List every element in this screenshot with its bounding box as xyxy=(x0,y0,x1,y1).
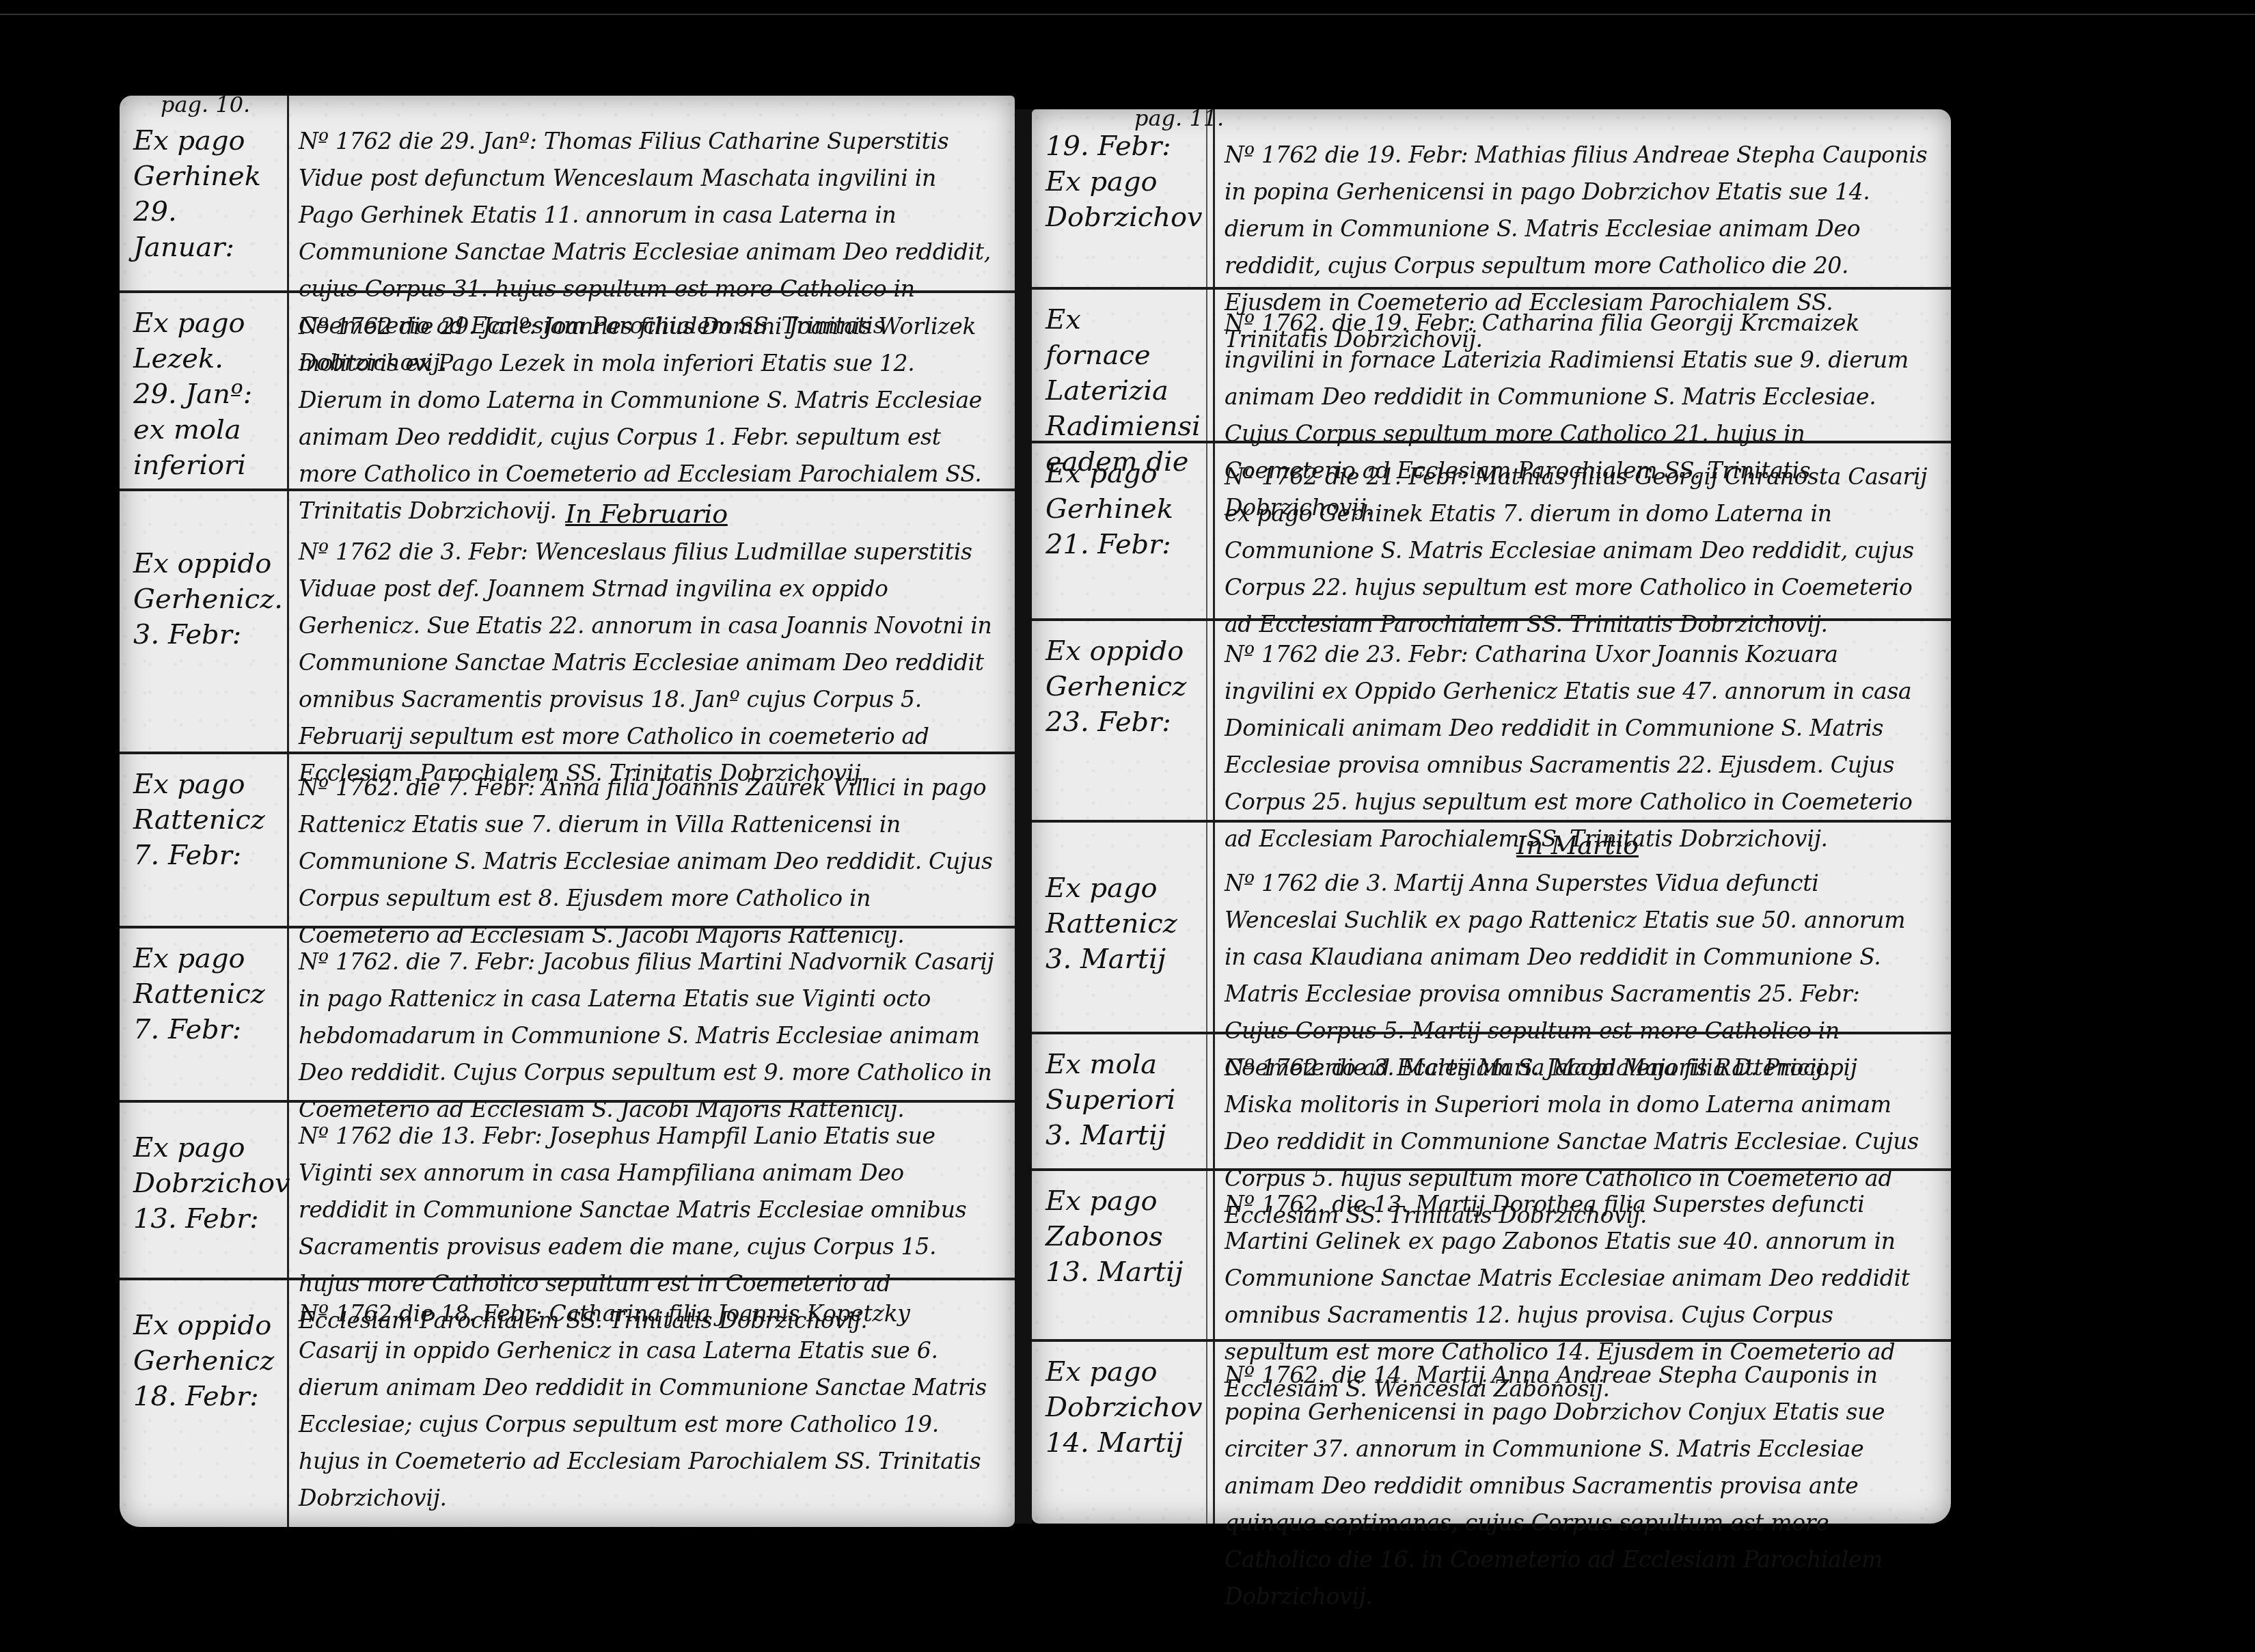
register-entry: Ex pago Zabonos 13. Martij Nº 1762. die … xyxy=(1032,1168,1951,1345)
book-gutter xyxy=(1015,109,1032,1524)
register-entry: Ex pago Rattenicz 3. Martij In Martio Nº… xyxy=(1032,820,1951,1041)
place-line: Ex mola xyxy=(1045,1047,1192,1082)
place-line: 13. Martij xyxy=(1045,1254,1192,1290)
entry-place: Ex oppido Gerhenicz. 3. Febr: xyxy=(133,546,280,652)
place-line: 14. Martij xyxy=(1045,1425,1192,1461)
place-line: Gerhinek xyxy=(1045,491,1192,527)
entry-place: Ex oppido Gerhenicz 18. Febr: xyxy=(133,1308,280,1414)
left-page: pag. 10. Ex pago Gerhinek 29. Januar: Nº… xyxy=(120,96,1015,1527)
entry-place: Ex pago Dobrzichov 13. Febr: xyxy=(133,1130,280,1237)
entry-place: Ex pago Rattenicz 7. Febr: xyxy=(133,941,280,1047)
place-line: 29. Januar: xyxy=(133,194,280,265)
register-entry: Ex pago Lezek. 29. Janº: ex mola inferio… xyxy=(120,290,1015,488)
place-line: 3. Martij xyxy=(1045,1118,1192,1153)
place-line: Dobrzichov xyxy=(1045,1390,1192,1425)
place-line: Gerhenicz xyxy=(1045,669,1192,704)
place-line: Ex pago xyxy=(133,305,280,341)
scan-border-line xyxy=(0,14,2255,15)
place-line: 7. Febr: xyxy=(133,1012,280,1047)
entry-text: Nº 1762 die 18. Febr: Catharina filia Jo… xyxy=(299,1295,994,1517)
entry-place: Ex pago Dobrzichov 14. Martij xyxy=(1045,1354,1192,1461)
register-entry: Ex oppido Gerhenicz. 3. Febr: In Februar… xyxy=(120,488,1015,754)
register-entry: Ex pago Gerhinek 29. Januar: Nº 1762 die… xyxy=(120,96,1015,284)
register-entry: Ex pago Rattenicz 7. Febr: Nº 1762. die … xyxy=(120,926,1015,1103)
place-line: Laterizia xyxy=(1045,373,1192,409)
place-line: Rattenicz xyxy=(133,802,280,838)
place-line: Ex pago xyxy=(133,123,280,159)
place-line: 23. Febr: xyxy=(1045,704,1192,740)
place-line: Gerhinek xyxy=(133,159,280,194)
register-entry: Ex pago Dobrzichov 14. Martij Nº 1762. d… xyxy=(1032,1339,1951,1526)
register-entry: Ex oppido Gerhenicz 23. Febr: Nº 1762 di… xyxy=(1032,618,1951,826)
register-entry: Ex pago Gerhinek 21. Febr: Nº 1762 die 2… xyxy=(1032,441,1951,618)
register-entry: Ex pago Dobrzichov 13. Febr: Nº 1762 die… xyxy=(120,1100,1015,1287)
entry-place: Ex mola Superiori 3. Martij xyxy=(1045,1047,1192,1153)
entry-place: Ex pago Lezek. 29. Janº: ex mola inferio… xyxy=(133,305,280,483)
place-line: Gerhenicz. xyxy=(133,581,280,617)
entry-place: Ex pago Gerhinek 29. Januar: xyxy=(133,123,280,265)
entry-place: 19. Febr: Ex pago Dobrzichov xyxy=(1045,128,1192,235)
right-page: pag. 11. 19. Febr: Ex pago Dobrzichov Nº… xyxy=(1032,109,1951,1524)
place-line: Ex oppido xyxy=(1045,633,1192,669)
register-entry: 19. Febr: Ex pago Dobrzichov Nº 1762 die… xyxy=(1032,109,1951,287)
entry-place: Ex oppido Gerhenicz 23. Febr: xyxy=(1045,633,1192,740)
place-line: Superiori xyxy=(1045,1082,1192,1118)
register-entry: Ex fornace Laterizia Radimiensi eadem di… xyxy=(1032,287,1951,443)
place-line: 13. Febr: xyxy=(133,1201,280,1237)
place-line: Lezek. xyxy=(133,341,280,376)
place-line: Ex pago xyxy=(133,1130,280,1166)
entry-place: Ex pago Zabonos 13. Martij xyxy=(1045,1183,1192,1290)
month-heading: In Februario xyxy=(299,497,994,531)
place-line: inferiori xyxy=(133,448,280,483)
place-line: 3. Martij xyxy=(1045,941,1192,977)
place-line: 29. Janº: xyxy=(133,376,280,412)
place-line: Ex pago xyxy=(1045,456,1192,491)
place-line: Zabonos xyxy=(1045,1219,1192,1254)
place-line: Gerhenicz xyxy=(133,1343,280,1379)
place-line: Ex pago xyxy=(133,767,280,802)
place-line: Ex pago xyxy=(1045,870,1192,906)
place-line: Ex pago xyxy=(1045,164,1192,199)
place-line: ex mola xyxy=(133,412,280,448)
place-line: Ex oppido xyxy=(133,546,280,581)
place-line: 19. Febr: xyxy=(1045,128,1192,164)
place-line: Radimiensi xyxy=(1045,409,1192,444)
place-line: 7. Febr: xyxy=(133,838,280,873)
entry-body: Nº 1762 die 3. Febr: Wenceslaus filius L… xyxy=(299,538,992,786)
entry-place: Ex pago Rattenicz 3. Martij xyxy=(1045,870,1192,977)
register-entry: Ex mola Superiori 3. Martij Nº 1762. die… xyxy=(1032,1032,1951,1181)
entry-text: In Februario Nº 1762 die 3. Febr: Wences… xyxy=(299,497,994,792)
entry-place: Ex pago Gerhinek 21. Febr: xyxy=(1045,456,1192,562)
place-line: Rattenicz xyxy=(133,976,280,1012)
register-entry: Ex pago Rattenicz 7. Febr: Nº 1762. die … xyxy=(120,752,1015,935)
month-heading: In Martio xyxy=(1225,828,1930,862)
entry-text: Nº 1762 die 21. Febr: Mathias filius Geo… xyxy=(1225,458,1930,643)
place-line: Ex pago xyxy=(1045,1183,1192,1219)
place-line: 21. Febr: xyxy=(1045,527,1192,562)
place-line: 18. Febr: xyxy=(133,1379,280,1414)
place-line: Ex oppido xyxy=(133,1308,280,1343)
place-line: Ex pago xyxy=(1045,1354,1192,1390)
place-line: Dobrzichov xyxy=(1045,199,1192,235)
entry-text: Nº 1762. die 14. Martij Anna Andreae Ste… xyxy=(1225,1357,1930,1615)
register-entry: Ex oppido Gerhenicz 18. Febr: Nº 1762 di… xyxy=(120,1278,1015,1530)
place-line: 3. Febr: xyxy=(133,617,280,652)
place-line: Ex fornace xyxy=(1045,302,1192,373)
place-line: Rattenicz xyxy=(1045,906,1192,941)
place-line: Ex pago xyxy=(133,941,280,976)
entry-place: Ex pago Rattenicz 7. Febr: xyxy=(133,767,280,873)
place-line: Dobrzichov xyxy=(133,1166,280,1201)
